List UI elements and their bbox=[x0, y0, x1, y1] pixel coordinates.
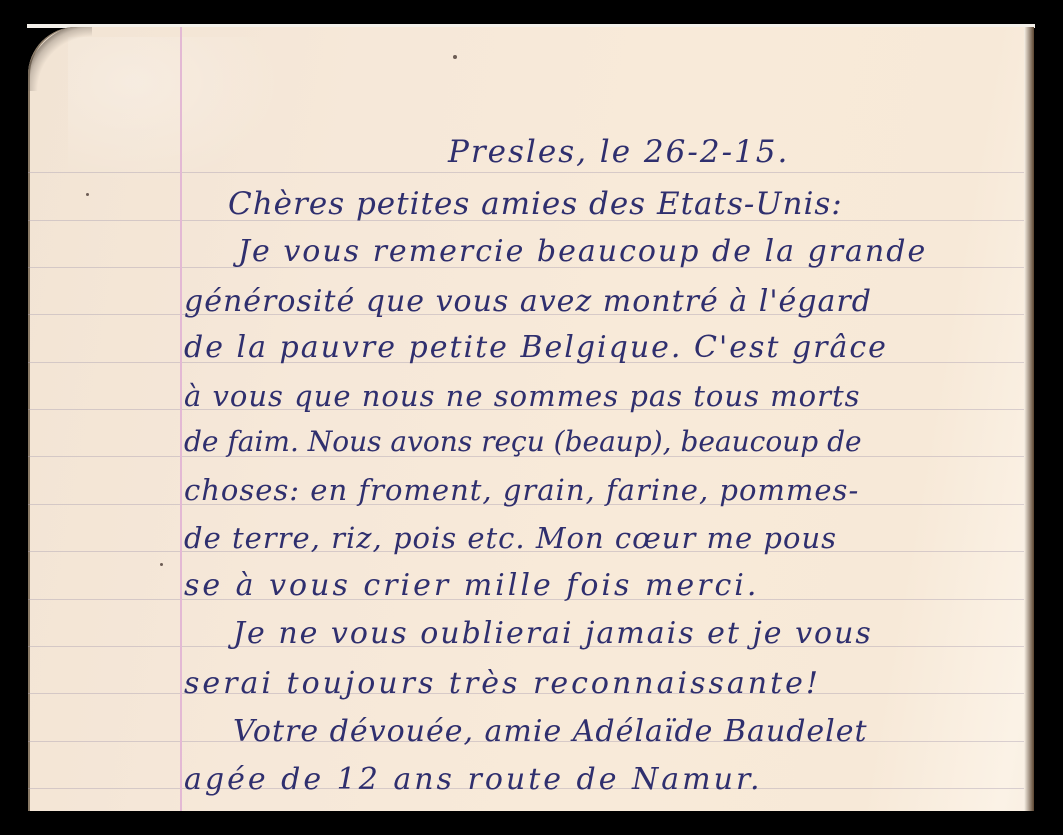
rule-line bbox=[28, 172, 1034, 173]
letter-signature: Votre dévouée, amie Adélaïde Baudelet bbox=[233, 715, 868, 749]
letter-line: de faim. Nous avons reçu (beaup), beauco… bbox=[184, 425, 862, 459]
ink-speck bbox=[160, 563, 163, 566]
letter-heading: Presles, le 26-2-15. bbox=[448, 135, 789, 169]
ink-speck bbox=[453, 55, 457, 59]
letter-line: à vous que nous ne sommes pas tous morts bbox=[184, 379, 861, 413]
letter-line: Je vous remercie beaucoup de la grande bbox=[238, 235, 927, 269]
margin-line bbox=[180, 27, 182, 811]
letter-line: Je ne vous oublierai jamais et je vous bbox=[233, 617, 873, 651]
bottom-frame bbox=[0, 811, 1063, 835]
letter-line: de terre, riz, pois etc. Mon cœur me pou… bbox=[184, 521, 837, 555]
letter-line: se à vous crier mille fois merci. bbox=[184, 569, 759, 603]
letter-line: choses: en froment, grain, farine, pomme… bbox=[184, 473, 859, 507]
letter-line: générosité que vous avez montré à l'égar… bbox=[184, 285, 872, 319]
letter-line: de la pauvre petite Belgique. C'est grâc… bbox=[184, 331, 888, 365]
notebook-page: Presles, le 26-2-15. Chères petites amie… bbox=[28, 27, 1034, 811]
letter-salutation: Chères petites amies des Etats-Unis: bbox=[228, 187, 843, 221]
page-right-edge bbox=[1024, 27, 1034, 811]
ink-speck bbox=[86, 193, 89, 196]
letter-line: agée de 12 ans route de Namur. bbox=[184, 763, 763, 797]
paper-fold-shading bbox=[68, 37, 288, 187]
letter-line: serai toujours très reconnaissante! bbox=[184, 667, 821, 701]
